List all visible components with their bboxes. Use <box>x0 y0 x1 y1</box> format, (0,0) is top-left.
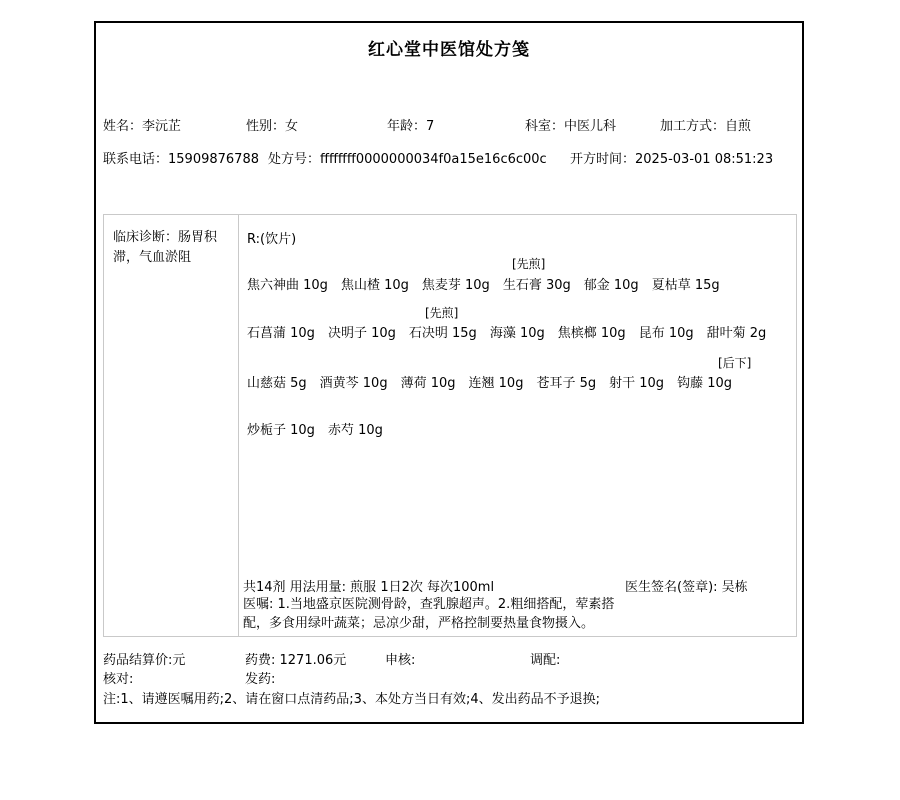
prescription-sheet: 红心堂中医馆处方笺 姓名：李沅芷 性别：女 年龄：7 科室：中医儿科 加工方式：… <box>0 0 900 800</box>
department-field: 科室：中医儿科 <box>525 115 616 134</box>
herb-item: 石菖蒲 10g <box>247 322 315 341</box>
department-value: 中医儿科 <box>564 119 616 134</box>
herb-item: 焦山楂 10g <box>341 274 409 293</box>
herb-item: 连翘 10g <box>469 372 524 391</box>
herb-item: 甜叶菊 2g <box>707 322 767 341</box>
age-field: 年龄：7 <box>387 115 434 134</box>
herb-item: 决明子 10g <box>328 322 396 341</box>
herb-item: 苍耳子 5g <box>536 372 596 391</box>
herb-line-1: 焦六神曲 10g 焦山楂 10g 焦麦芽 10g 生石膏 30g 郁金 10g … <box>247 274 720 293</box>
department-label: 科室： <box>525 119 564 134</box>
patient-name-label: 姓名： <box>103 119 142 134</box>
dispense-label: 发药: <box>245 668 275 687</box>
herb-item: 郁金 10g <box>584 274 639 293</box>
herb-item: 赤芍 10g <box>328 419 383 438</box>
prescription-time-field: 开方时间：2025-03-01 08:51:23 <box>570 148 773 167</box>
doctor-signature: 医生签名(签章): 吴栋 <box>625 576 748 595</box>
gender-label: 性别： <box>246 119 285 134</box>
gender-field: 性别：女 <box>246 115 298 134</box>
clinic-title: 红心堂中医馆处方笺 <box>94 35 804 60</box>
fee-value: 药费: 1271.06元 <box>245 649 346 668</box>
phone-field: 联系电话：15909876788 <box>103 148 259 167</box>
settlement-price-label: 药品结算价:元 <box>103 649 185 668</box>
compound-label: 调配: <box>530 649 560 668</box>
herb-item: 焦槟榔 10g <box>558 322 626 341</box>
herb-line-4: 炒栀子 10g 赤芍 10g <box>247 419 383 438</box>
herb-item: 酒黄芩 10g <box>320 372 388 391</box>
herb-item: 昆布 10g <box>639 322 694 341</box>
herb-line-2: 石菖蒲 10g 决明子 10g 石决明 15g 海藻 10g 焦槟榔 10g 昆… <box>247 322 766 341</box>
prescription-time-value: 2025-03-01 08:51:23 <box>635 152 773 167</box>
dose-usage: 共14剂 用法用量: 煎服 1日2次 每次100ml <box>243 576 494 595</box>
herb-line-3: 山慈菇 5g 酒黄芩 10g 薄荷 10g 连翘 10g 苍耳子 5g 射干 1… <box>247 372 732 391</box>
herb-item: 海藻 10g <box>490 322 545 341</box>
phone-label: 联系电话： <box>103 152 168 167</box>
post-add-tag: [后下] <box>718 354 751 371</box>
herb-item: 石决明 15g <box>409 322 477 341</box>
processing-method-value: 自煎 <box>725 119 751 134</box>
diagnosis-text-block: 临床诊断：肠胃积滞，气血淤阻 <box>113 228 227 268</box>
prescription-no-value: ffffffff0000000034f0a15e16c6c00c <box>320 152 547 167</box>
gender-value: 女 <box>285 119 298 134</box>
age-label: 年龄： <box>387 119 426 134</box>
herb-item: 焦麦芽 10g <box>422 274 490 293</box>
decoct-first-tag-2: [先煎] <box>425 304 458 321</box>
prescription-no-field: 处方号：ffffffff0000000034f0a15e16c6c00c <box>268 148 547 167</box>
processing-method-field: 加工方式：自煎 <box>660 115 751 134</box>
processing-method-label: 加工方式： <box>660 119 725 134</box>
herb-item: 炒栀子 10g <box>247 419 315 438</box>
herb-item: 山慈菇 5g <box>247 372 307 391</box>
age-value: 7 <box>426 119 434 134</box>
prescription-time-label: 开方时间： <box>570 152 635 167</box>
herb-item: 生石膏 30g <box>503 274 571 293</box>
herb-item: 焦六神曲 10g <box>247 274 328 293</box>
phone-value: 15909876788 <box>168 152 259 167</box>
check-label: 核对: <box>103 668 133 687</box>
herb-item: 射干 10g <box>609 372 664 391</box>
herb-item: 钩藤 10g <box>677 372 732 391</box>
diagnosis-cell: 临床诊断：肠胃积滞，气血淤阻 <box>104 215 239 636</box>
review-label: 申核: <box>385 649 415 668</box>
footer-note: 注:1、请遵医嘱用药;2、请在窗口点清药品;3、本处方当日有效;4、发出药品不予… <box>103 688 600 707</box>
rx-header: R:(饮片) <box>247 228 296 247</box>
diagnosis-label: 临床诊断： <box>113 230 178 245</box>
patient-name-value: 李沅芷 <box>142 119 181 134</box>
decoct-first-tag-1: [先煎] <box>512 255 545 272</box>
herb-item: 薄荷 10g <box>401 372 456 391</box>
prescription-no-label: 处方号： <box>268 152 320 167</box>
patient-name-field: 姓名：李沅芷 <box>103 115 181 134</box>
doctor-advice: 医嘱: 1.当地盛京医院测骨龄，查乳腺超声。2.粗细搭配，荤素搭配，多食用绿叶蔬… <box>243 595 623 633</box>
herb-item: 夏枯草 15g <box>652 274 720 293</box>
